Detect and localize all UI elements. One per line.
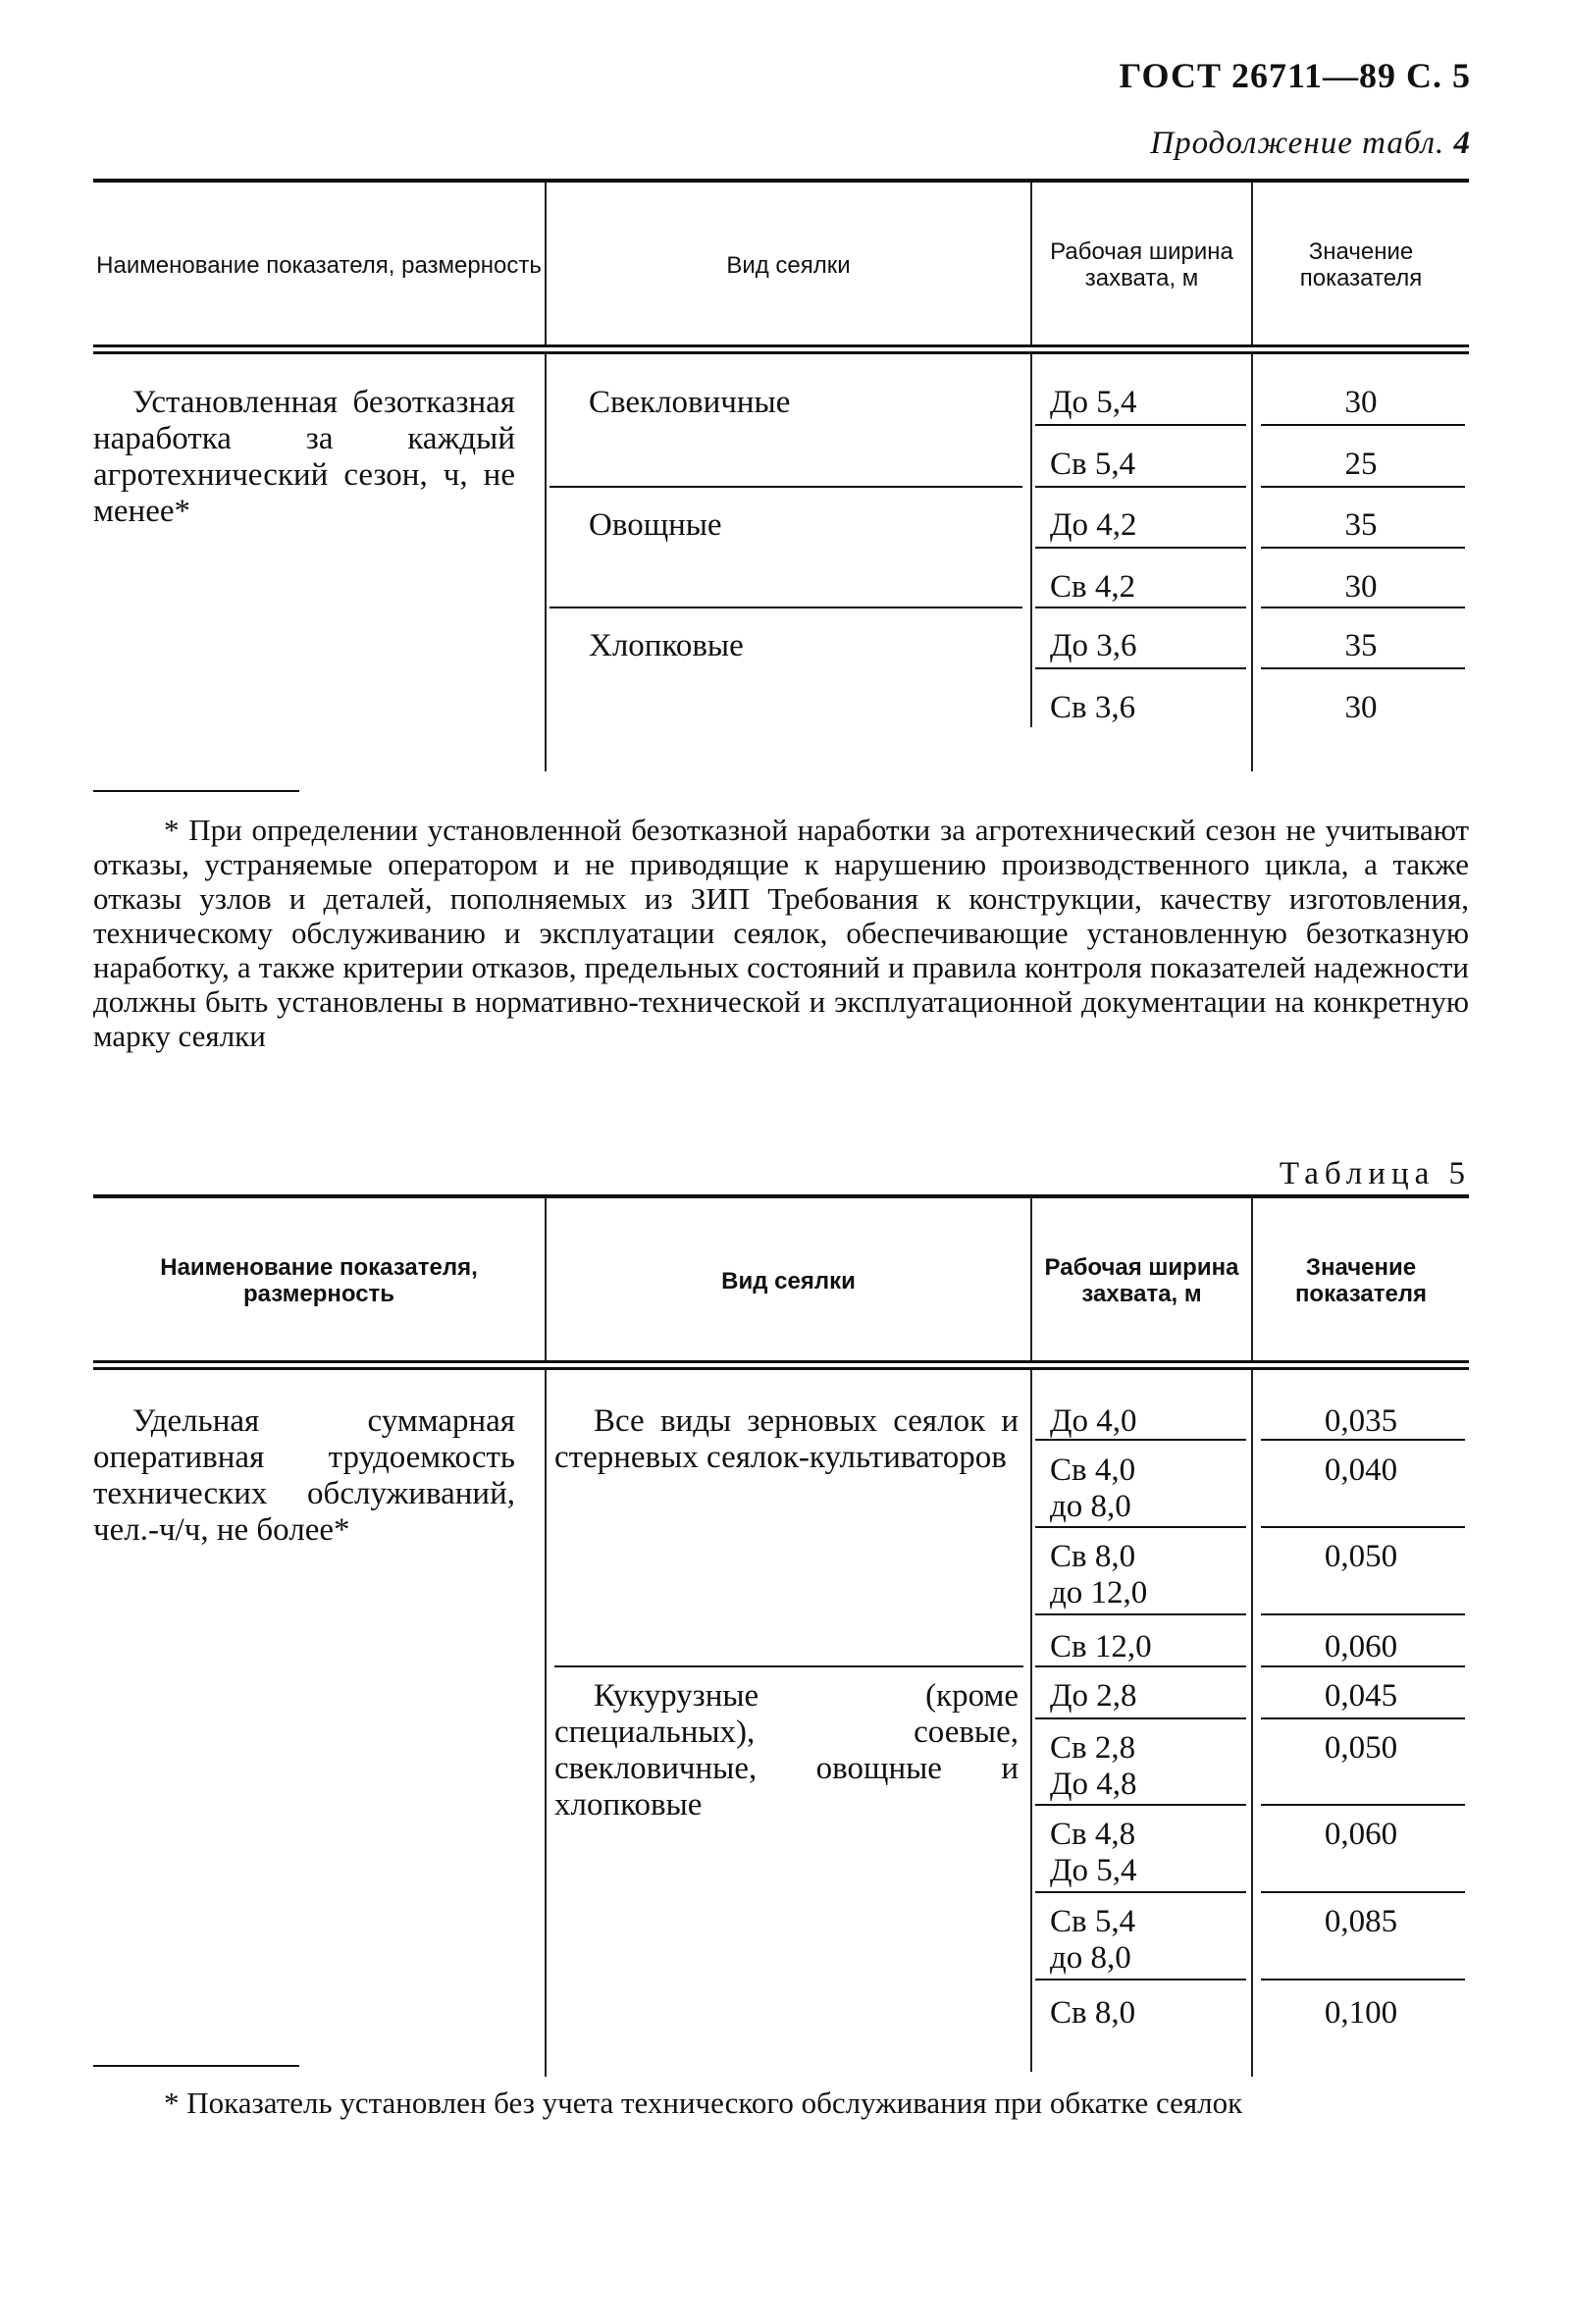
seeder-type-cell: Все виды зерновых сеялок и стерневых сея… bbox=[554, 1403, 1019, 1476]
header-double-rule-b bbox=[93, 351, 1469, 354]
width-cell: Св 5,4 bbox=[1050, 447, 1135, 483]
row-rule bbox=[1035, 1665, 1246, 1667]
value-cell: 0,050 bbox=[1253, 1539, 1469, 1575]
header-value: Значение показателя bbox=[1253, 1202, 1469, 1359]
row-rule bbox=[1035, 667, 1246, 669]
row-rule bbox=[1035, 1717, 1246, 1719]
row-rule bbox=[1261, 547, 1465, 549]
indicator-cell: Удельная суммарная оперативная трудоемко… bbox=[93, 1403, 515, 1549]
value-cell: 0,035 bbox=[1253, 1403, 1469, 1440]
row-rule bbox=[1035, 607, 1246, 608]
header-working-width: Рабочая ширина захвата, м bbox=[1032, 186, 1251, 343]
seeder-type-cell: Овощные bbox=[589, 507, 722, 544]
divider bbox=[1030, 1370, 1032, 2072]
table4-continuation-label: Продолжение табл. 4 bbox=[1150, 126, 1471, 162]
row-rule bbox=[1035, 1613, 1246, 1615]
row-rule bbox=[1035, 547, 1246, 549]
group-rule bbox=[549, 607, 1022, 608]
divider bbox=[545, 354, 547, 771]
width-cell: До 2,8 bbox=[1050, 1678, 1137, 1715]
value-cell: 30 bbox=[1253, 569, 1469, 606]
seeder-type-cell: Кукурузные (кроме специальных), соевые, … bbox=[554, 1678, 1019, 1823]
footnote-rule bbox=[93, 2065, 299, 2067]
row-rule bbox=[1261, 1804, 1465, 1806]
row-rule bbox=[1035, 1439, 1246, 1441]
value-cell: 30 bbox=[1253, 385, 1469, 421]
row-rule bbox=[1261, 1439, 1465, 1441]
width-cell: Св 8,0 bbox=[1050, 1995, 1135, 2032]
row-rule bbox=[1035, 1526, 1246, 1528]
indicator-cell: Установленная безотказная наработка за к… bbox=[93, 385, 515, 530]
row-rule bbox=[1261, 667, 1465, 669]
header-seeder-type: Вид сеялки bbox=[547, 186, 1030, 343]
seeder-type-cell: Хлопковые bbox=[589, 628, 744, 664]
row-rule bbox=[1261, 486, 1465, 488]
row-rule bbox=[1035, 1979, 1246, 1981]
value-cell: 0,085 bbox=[1253, 1904, 1469, 1940]
header-seeder-type: Вид сеялки bbox=[547, 1202, 1030, 1359]
width-cell: До 3,6 bbox=[1050, 628, 1137, 664]
width-cell: Св 4,8До 5,4 bbox=[1050, 1817, 1137, 1889]
divider bbox=[1030, 354, 1032, 727]
table4-top-rule bbox=[93, 179, 1469, 183]
row-rule bbox=[1261, 1891, 1465, 1893]
row-rule bbox=[1035, 1804, 1246, 1806]
header-value: Значение показателя bbox=[1253, 186, 1469, 343]
width-cell: Св 4,2 bbox=[1050, 569, 1135, 606]
table5-label: Таблица 5 bbox=[1280, 1156, 1471, 1192]
value-cell: 0,045 bbox=[1253, 1678, 1469, 1715]
width-cell: До 4,2 bbox=[1050, 507, 1137, 544]
table5-footnote: * Показатель установлен без учета технич… bbox=[93, 2086, 1469, 2120]
width-cell: Св 4,0до 8,0 bbox=[1050, 1452, 1135, 1525]
row-rule bbox=[1035, 424, 1246, 426]
width-cell: До 4,0 bbox=[1050, 1403, 1137, 1440]
width-cell: До 5,4 bbox=[1050, 385, 1137, 421]
page-header: ГОСТ 26711—89 С. 5 bbox=[1120, 55, 1471, 96]
value-cell: 0,050 bbox=[1253, 1730, 1469, 1767]
value-cell: 0,060 bbox=[1253, 1629, 1469, 1665]
divider bbox=[545, 1370, 547, 2077]
value-cell: 30 bbox=[1253, 690, 1469, 726]
row-rule bbox=[1261, 424, 1465, 426]
row-rule bbox=[1261, 1665, 1465, 1667]
footnote-rule bbox=[93, 790, 299, 792]
width-cell: Св 3,6 bbox=[1050, 690, 1135, 726]
width-cell: Св 8,0до 12,0 bbox=[1050, 1539, 1147, 1611]
value-cell: 35 bbox=[1253, 507, 1469, 544]
row-rule bbox=[1261, 1717, 1465, 1719]
header-indicator: Наименование показателя, размерность bbox=[93, 1202, 545, 1359]
header-double-rule-a bbox=[93, 344, 1469, 347]
row-rule bbox=[1261, 607, 1465, 608]
row-rule bbox=[1035, 486, 1246, 488]
value-cell: 25 bbox=[1253, 447, 1469, 483]
value-cell: 0,100 bbox=[1253, 1995, 1469, 2032]
table5-top-rule bbox=[93, 1194, 1469, 1198]
width-cell: Св 12,0 bbox=[1050, 1629, 1152, 1665]
header-indicator: Наименование показателя, размерность bbox=[93, 186, 545, 343]
value-cell: 0,060 bbox=[1253, 1817, 1469, 1853]
group-rule bbox=[554, 1665, 1023, 1667]
row-rule bbox=[1261, 1613, 1465, 1615]
header-double-rule-a bbox=[93, 1360, 1469, 1363]
value-cell: 35 bbox=[1253, 628, 1469, 664]
header-double-rule-b bbox=[93, 1367, 1469, 1370]
header-working-width: Рабочая ширина захвата, м bbox=[1032, 1202, 1251, 1359]
group-rule bbox=[549, 486, 1022, 488]
value-cell: 0,040 bbox=[1253, 1452, 1469, 1489]
seeder-type-cell: Свекловичные bbox=[589, 385, 790, 421]
table4-footnote: * При определении установленной безотказ… bbox=[93, 813, 1469, 1053]
width-cell: Св 2,8До 4,8 bbox=[1050, 1730, 1137, 1803]
width-cell: Св 5,4до 8,0 bbox=[1050, 1904, 1135, 1977]
row-rule bbox=[1035, 1891, 1246, 1893]
row-rule bbox=[1261, 1979, 1465, 1981]
row-rule bbox=[1261, 1526, 1465, 1528]
